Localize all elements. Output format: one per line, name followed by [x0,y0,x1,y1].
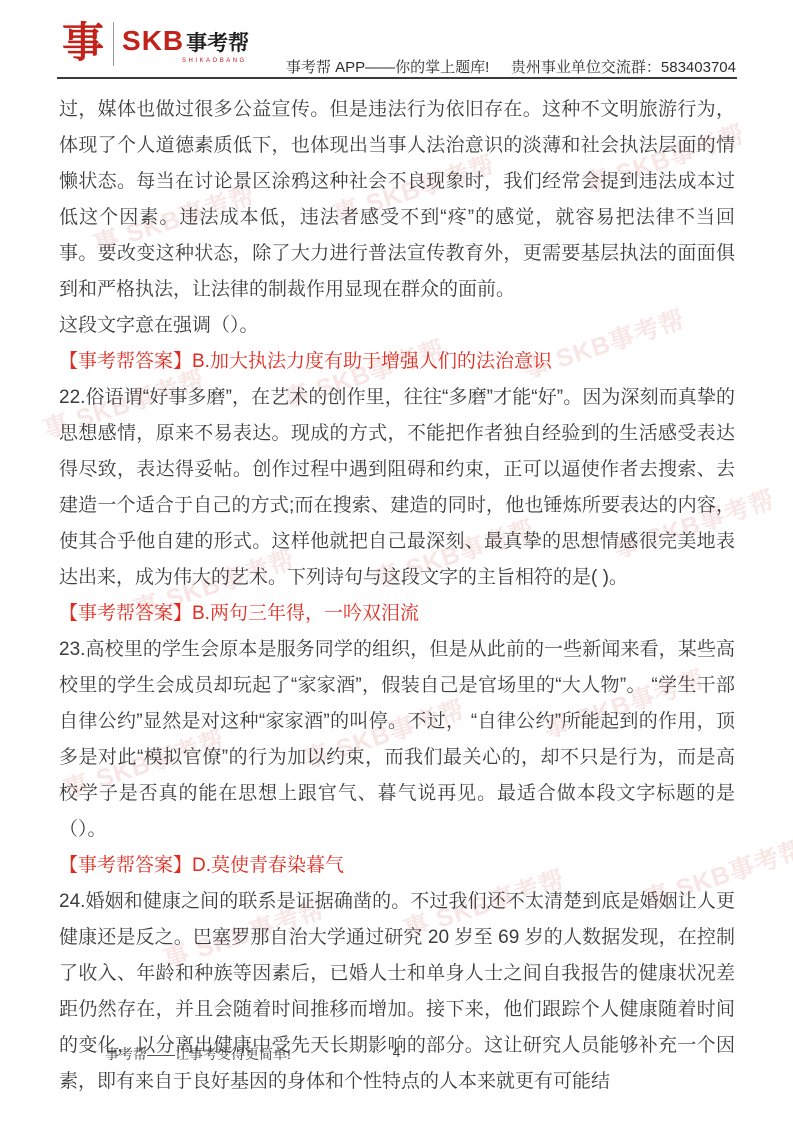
logo-brand-text: 事考帮 [186,27,249,57]
question-22-body: 22.俗语谓“好事多磨”，在艺术的创作里，往往“多磨”才能“好”。因为深刻而真挚… [59,380,735,596]
question-21-prompt: 这段文字意在强调（）。 [59,308,735,344]
answer-23: 【事考帮答案】D.莫使青春染暮气 [59,848,735,884]
document-page: { "header": { "logo": { "glyph": "事", "s… [0,0,793,1122]
answer-21: 【事考帮答案】B.加大执法力度有助于增强人们的法治意识 [59,344,735,380]
answer-22: 【事考帮答案】B.两句三年得，一吟双泪流 [59,596,735,632]
page-number: 4 [0,1044,793,1060]
app-logo: 事 SKB 事考帮 SHIKAOBANG [62,22,249,66]
header-group-info: 贵州事业单位交流群：583403704 [511,56,736,77]
logo-subtext: SHIKAOBANG [182,58,249,64]
document-content: 过，媒体也做过很多公益宣传。但是违法行为依旧存在。这种不文明旅游行为，体现了个人… [59,92,735,1100]
question-24-body: 24.婚姻和健康之间的联系是证据确凿的。不过我们还不太清楚到底是婚姻让人更健康还… [59,884,735,1100]
question-23-body: 23.高校里的学生会原本是服务同学的组织，但是从此前的一些新闻来看，某些高校里的… [59,632,735,848]
logo-shi-icon: 事 [62,23,104,65]
question-21-body: 过，媒体也做过很多公益宣传。但是违法行为依旧存在。这种不文明旅游行为，体现了个人… [59,92,735,308]
header-divider [57,77,737,79]
logo-skb-text: SKB [122,25,184,57]
logo-divider [113,22,114,66]
header-app-slogan: 事考帮 APP——你的掌上题库! [286,56,489,77]
